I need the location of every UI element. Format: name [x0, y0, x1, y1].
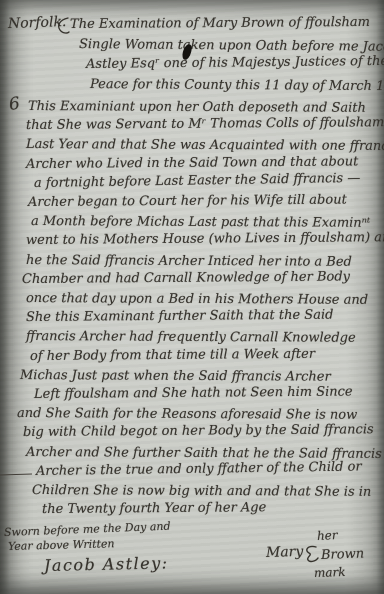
manuscript-line: She this Examinant further Saith that th… — [26, 305, 384, 327]
heading-line: Peace for this County this 11 day of Mar… — [90, 75, 384, 97]
manuscript-line: big with Child begot on her Body by the … — [23, 420, 384, 442]
paragraph-flourish: 6 — [8, 94, 22, 115]
justice-signature: Jacob Astley: — [44, 553, 169, 575]
attestation-block: Sworn before me the Day andYear above Wr… — [4, 526, 171, 553]
heading-bracket-flourish-icon — [56, 16, 70, 46]
heading-line: The Examination of Mary Brown of ffoulsh… — [70, 13, 384, 35]
deponent-first-name: Mary — [266, 544, 304, 561]
manuscript-photo: Norfolk. The Examination of Mary Brown o… — [0, 0, 384, 594]
manuscript-line: Archer began to Court her for his Wife t… — [28, 190, 384, 212]
examination-body: This Examiniant upon her Oath deposeth a… — [26, 97, 384, 519]
manuscript-line: Archer is the true and only ffather of t… — [36, 457, 384, 481]
heading-block: The Examination of Mary Brown of ffoulsh… — [70, 15, 384, 95]
manuscript-line: Left ffoulsham and She hath not Seen him… — [34, 382, 384, 404]
mark-word-her: her — [317, 528, 338, 543]
manuscript-line: that She was Servant to Mʳ Thomas Colls … — [26, 113, 384, 135]
manuscript-line: Chamber and had Carnall Knowledge of her… — [22, 267, 384, 289]
manuscript-line: went to his Mothers House (who Lives in … — [26, 228, 384, 250]
deponent-surname: Brown — [321, 547, 365, 563]
heading-line: Astley Esqʳ one of his Majestys Justices… — [86, 52, 384, 75]
manuscript-line: the Twenty fourth Year of her Age — [42, 497, 384, 519]
manuscript-line: of her Body from that time till a Week a… — [30, 344, 384, 366]
mark-word-mark: mark — [314, 565, 346, 580]
mary-brown-mark-icon — [302, 544, 320, 568]
